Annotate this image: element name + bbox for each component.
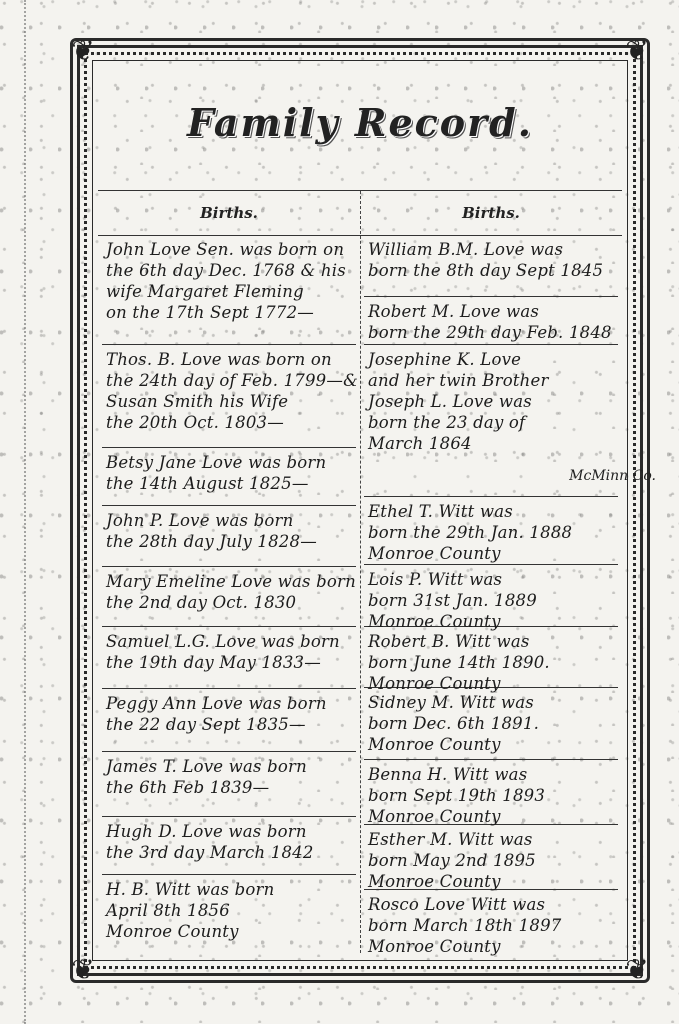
birth-entry: Robert B. Witt wasborn June 14th 1890.Mo… [364,627,618,688]
birth-entry-line: born the 29th day Feb. 1848 [368,322,614,343]
birth-entry-line: the 3rd day March 1842 [106,842,352,863]
corner-flourish-icon: ❦ [620,34,654,68]
birth-entry-line: Monroe County [368,543,614,564]
birth-entry-line: Susan Smith his Wife [106,391,352,412]
birth-entry-line: Robert B. Witt was [368,631,614,652]
birth-entry-line: Samuel L.G. Love was born [106,631,352,652]
birth-entry-line: John Love Sen. was born on [106,239,352,260]
birth-entry-line: Lois P. Witt was [368,569,614,590]
birth-entry-line: Sidney M. Witt was [368,692,614,713]
birth-entry-line: H. B. Witt was born [106,879,352,900]
birth-entry-line: on the 17th Sept 1772— [106,302,352,323]
table-header: Births. Births. [98,191,622,236]
birth-entry: Benna H. Witt wasborn Sept 19th 1893Monr… [364,760,618,825]
birth-entry-line: Hugh D. Love was born [106,821,352,842]
birth-entry: Thos. B. Love was born onthe 24th day of… [102,345,356,448]
birth-entry-line: Thos. B. Love was born on [106,349,352,370]
corner-flourish-icon: ❦ [66,34,100,68]
birth-entry-line: born Dec. 6th 1891. [368,713,614,734]
birth-entry-line: Ethel T. Witt was [368,501,614,522]
birth-entry-line: born the 8th day Sept 1845 [368,260,614,281]
birth-entry-line: born June 14th 1890. [368,652,614,673]
birth-entry-line: the 6th day Dec. 1768 & his [106,260,352,281]
birth-entry-line: the 20th Oct. 1803— [106,412,352,433]
birth-entry-line: Monroe County [368,806,614,827]
birth-entry-line: Mary Emeline Love was born [106,571,352,592]
birth-entry: John Love Sen. was born onthe 6th day De… [102,235,356,345]
birth-entry-line: Monroe County [368,871,614,892]
birth-entry-line: born 31st Jan. 1889 [368,590,614,611]
birth-entry: John P. Love was bornthe 28th day July 1… [102,506,356,567]
birth-entry: Samuel L.G. Love was bornthe 19th day Ma… [102,627,356,689]
birth-entry-line: the 2nd day Oct. 1830 [106,592,352,613]
birth-entry-line: March 1864 [368,433,614,454]
birth-entry: James T. Love was bornthe 6th Feb 1839— [102,752,356,817]
column-header-right: Births. [360,191,622,235]
birth-entry-line: born May 2nd 1895 [368,850,614,871]
births-table: Births. Births. John Love Sen. was born … [98,190,622,953]
birth-entry-line: the 22 day Sept 1835— [106,714,352,735]
birth-entry: Sidney M. Witt wasborn Dec. 6th 1891.Mon… [364,688,618,760]
birth-entry: Esther M. Witt wasborn May 2nd 1895Monro… [364,825,618,890]
birth-entry: Mary Emeline Love was bornthe 2nd day Oc… [102,567,356,627]
birth-entry-line: Monroe County [106,921,352,942]
birth-entry: Betsy Jane Love was bornthe 14th August … [102,448,356,506]
births-column-left: John Love Sen. was born onthe 6th day De… [98,235,360,953]
birth-entry-line: and her twin Brother [368,370,614,391]
birth-entry-line: born Sept 19th 1893 [368,785,614,806]
birth-entry-line: Benna H. Witt was [368,764,614,785]
birth-entry-line: born March 18th 1897 [368,915,614,936]
birth-entry-line: the 24th day of Feb. 1799—& [106,370,352,391]
birth-entry-line: Robert M. Love was [368,301,614,322]
column-header-left: Births. [98,191,360,235]
corner-flourish-icon: ❦ [66,953,100,987]
birth-entry: Peggy Ann Love was bornthe 22 day Sept 1… [102,689,356,752]
birth-entry-line: Esther M. Witt was [368,829,614,850]
birth-entry-line: Peggy Ann Love was born [106,693,352,714]
birth-entry: Hugh D. Love was bornthe 3rd day March 1… [102,817,356,875]
birth-entry: William B.M. Love wasborn the 8th day Se… [364,235,618,297]
birth-entry-line: the 6th Feb 1839— [106,777,352,798]
birth-entry: Ethel T. Witt wasborn the 29th Jan. 1888… [364,497,618,565]
birth-entry-line: Betsy Jane Love was born [106,452,352,473]
birth-entry: H. B. Witt was bornApril 8th 1856Monroe … [102,875,356,975]
birth-entry-line: April 8th 1856 [106,900,352,921]
page-edge [0,0,26,1024]
birth-entry-line: wife Margaret Fleming [106,281,352,302]
birth-entry-line: Monroe County [368,936,614,957]
birth-entry-line: born the 23 day of [368,412,614,433]
birth-entry: Lois P. Witt wasborn 31st Jan. 1889Monro… [364,565,618,627]
birth-entry: Robert M. Love wasborn the 29th day Feb.… [364,297,618,345]
birth-entry-line: the 19th day May 1833— [106,652,352,673]
corner-flourish-icon: ❦ [620,953,654,987]
page-title: Family Record. [70,100,650,145]
birth-entry-line: Rosco Love Witt was [368,894,614,915]
birth-entry-line: Josephine K. Love [368,349,614,370]
births-column-right: William B.M. Love wasborn the 8th day Se… [360,235,622,953]
birth-entry-line: born the 29th Jan. 1888 [368,522,614,543]
birth-entry-line: the 14th August 1825— [106,473,352,494]
birth-entry-line: Joseph L. Love was [368,391,614,412]
margin-annotation: McMinn Co. [569,468,656,484]
birth-entry: Rosco Love Witt wasborn March 18th 1897M… [364,890,618,980]
family-record-page: ❦ ❦ ❦ ❦ Family Record. Births. Births. J… [70,38,650,983]
birth-entry-line: the 28th day July 1828— [106,531,352,552]
birth-entry-line: James T. Love was born [106,756,352,777]
birth-entry-line: William B.M. Love was [368,239,614,260]
birth-entry-line: John P. Love was born [106,510,352,531]
birth-entry-line: Monroe County [368,734,614,755]
